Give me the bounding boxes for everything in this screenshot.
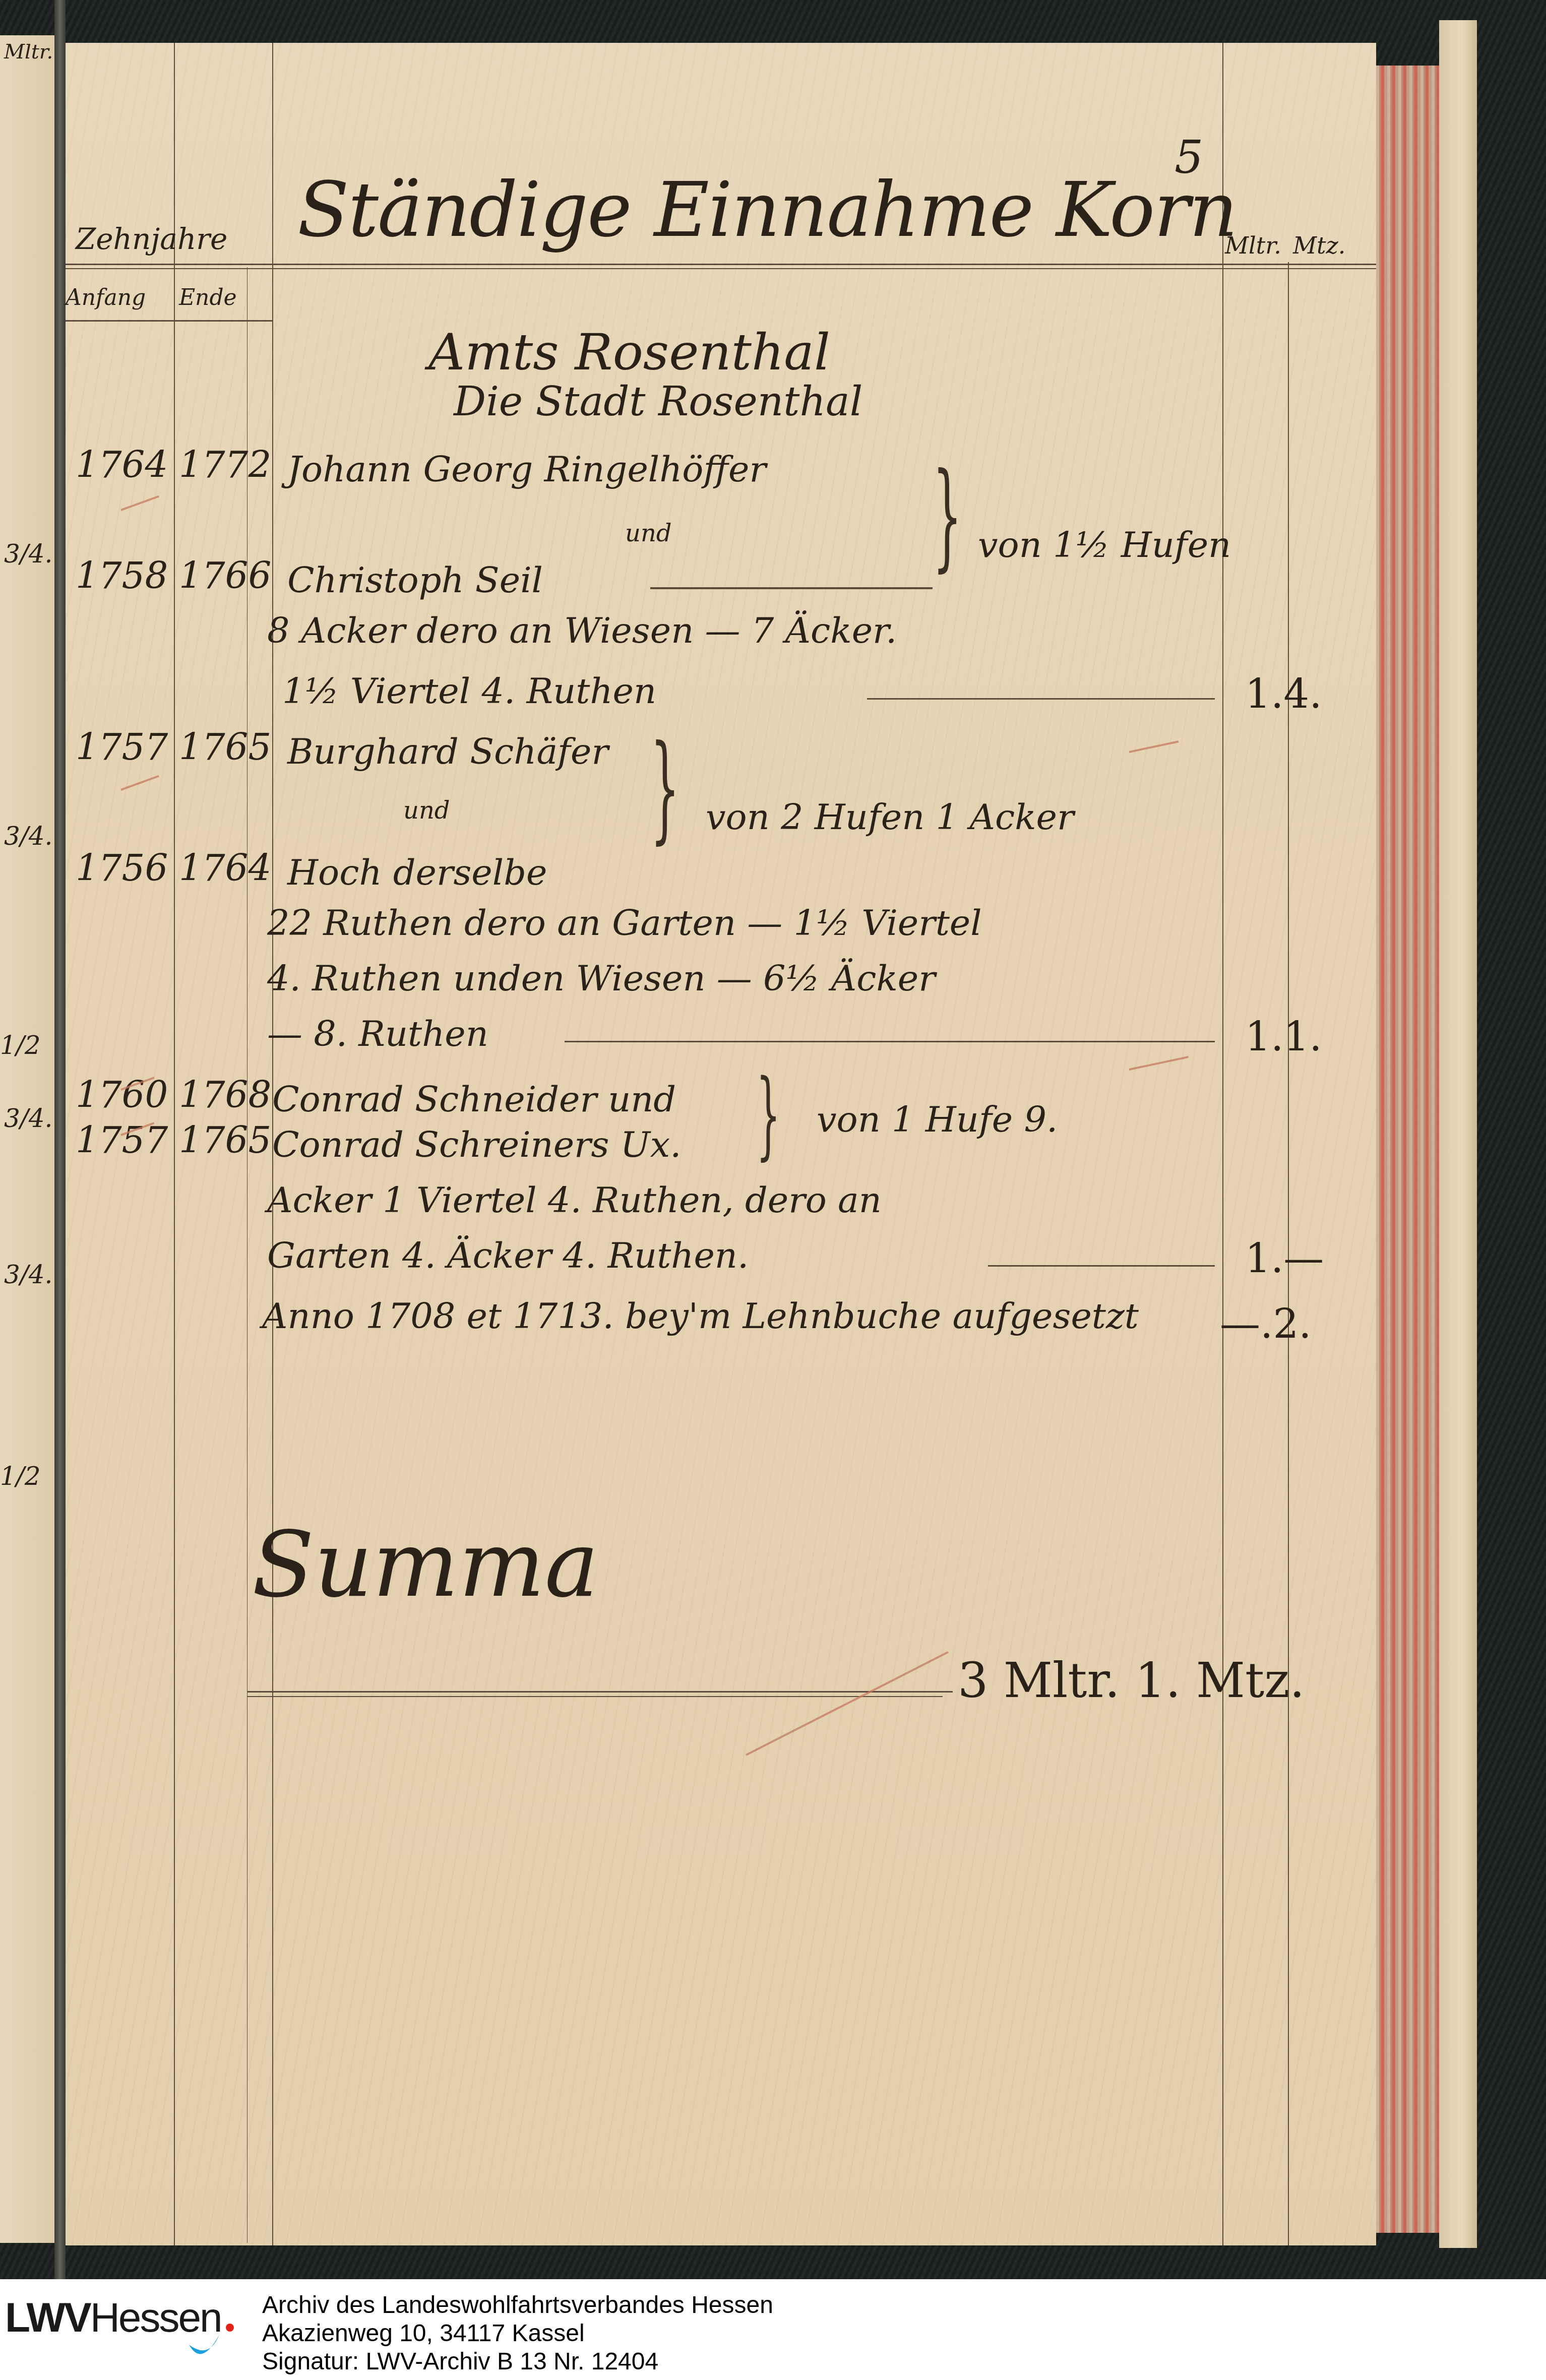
brace-icon: }: [756, 1058, 780, 1170]
lwv-hessen-logo: LWVHessen: [5, 2294, 247, 2370]
entry-text: Christoph Seil: [287, 559, 543, 601]
left-margin-fraction: 1/2: [0, 1031, 40, 1060]
entry-dash-line: [650, 587, 933, 589]
entry-dash-line: [565, 1041, 1215, 1042]
summa-label: Summa: [252, 1512, 599, 1617]
entry-end-year: 1772: [179, 444, 271, 486]
brace-icon: }: [650, 721, 680, 855]
entry-text: und: [403, 796, 450, 825]
entry-start-year: 1756: [76, 847, 168, 889]
entry-text: 22 Ruthen dero an Garten — 1½ Viertel: [267, 902, 982, 944]
subheader-rule: [66, 320, 272, 322]
entry-amount: 1.4.: [1245, 670, 1322, 717]
left-margin-fraction: 3/4.: [4, 1104, 52, 1133]
entry-amount: 1.1.: [1245, 1013, 1322, 1060]
entry-text: Anno 1708 et 1713. bey'm Lehnbuche aufge…: [262, 1295, 1139, 1337]
entry-end-year: 1766: [179, 554, 271, 597]
column-header-end: Ende: [179, 285, 237, 310]
entry-text: — 8. Ruthen: [267, 1013, 488, 1054]
book-gutter: [54, 0, 66, 2279]
archive-signature: Signatur: LWV-Archiv B 13 Nr. 12404: [262, 2348, 658, 2376]
entry-text: Acker 1 Viertel 4. Ruthen, dero an: [267, 1179, 882, 1221]
entry-start-year: 1757: [76, 1119, 168, 1161]
entry-text: Conrad Schneider und: [272, 1079, 676, 1120]
summa-rule: [247, 1696, 943, 1697]
archive-footer: LWVHessen Archiv des Landeswohlfahrtsver…: [0, 2279, 1546, 2380]
entry-text: und: [625, 519, 672, 547]
column-header-start: Anfang: [66, 285, 146, 310]
entry-start-year: 1760: [76, 1074, 168, 1116]
left-page-fragment: Mltr. Mtz. 3/4. 3/4. 1/2 3/4. 3/4. 1/2: [0, 35, 56, 2243]
entry-amount: 1.—: [1245, 1235, 1324, 1282]
ruling-line: [174, 43, 175, 2245]
logo-swoosh-icon: [187, 2330, 227, 2370]
entry-text: 1½ Viertel 4. Ruthen: [282, 670, 656, 712]
summa-total: 3 Mltr. 1. Mtz.: [958, 1653, 1305, 1709]
entry-dash-line: [867, 698, 1215, 700]
entry-start-year: 1758: [76, 554, 168, 597]
entry-end-year: 1768: [179, 1074, 271, 1116]
column-header-metzen: Mtz.: [1293, 232, 1345, 259]
archive-name: Archiv des Landeswohlfahrtsverbandes Hes…: [262, 2291, 773, 2320]
entry-text: Garten 4. Äcker 4. Ruthen.: [267, 1235, 749, 1276]
header-rule: [66, 264, 1376, 265]
ruling-line: [1222, 43, 1223, 2245]
brace-note: von 1 Hufe 9.: [817, 1099, 1058, 1140]
red-page-edges: [1376, 66, 1439, 2233]
page-title: Ständige Einnahme Korn: [297, 166, 1237, 254]
left-margin-fraction: 3/4.: [4, 1260, 52, 1289]
entry-text: 8 Acker dero an Wiesen — 7 Äcker.: [267, 610, 897, 651]
logo-red-dot-icon: [226, 2324, 234, 2332]
office-subtitle: Amts Rosenthal: [428, 323, 830, 382]
town-subtitle: Die Stadt Rosenthal: [454, 378, 862, 425]
entry-text: Johann Georg Ringelhöffer: [287, 449, 766, 490]
brace-icon: }: [933, 449, 962, 583]
brace-note: von 2 Hufen 1 Acker: [706, 796, 1074, 838]
entry-text: Conrad Schreiners Ux.: [272, 1124, 681, 1165]
entry-start-year: 1757: [76, 726, 168, 768]
entry-text: 4. Ruthen unden Wiesen — 6½ Äcker: [267, 958, 936, 999]
header-rule: [66, 268, 1376, 269]
entry-start-year: 1764: [76, 444, 168, 486]
vellum-binding-strip: [1439, 20, 1477, 2248]
left-margin-fraction: 3/4.: [4, 822, 52, 851]
archive-address: Akazienweg 10, 34117 Kassel: [262, 2320, 585, 2348]
folio-number: 5: [1174, 131, 1203, 184]
entry-amount: —.2.: [1220, 1300, 1312, 1347]
entry-dash-line: [988, 1265, 1215, 1267]
brace-note: von 1½ Hufen: [978, 524, 1231, 566]
column-header-malter: Mltr.: [1225, 232, 1281, 259]
entry-text: Hoch derselbe: [287, 852, 547, 893]
column-header-period: Zehnjahre: [76, 222, 227, 256]
entry-text: Burghard Schäfer: [287, 731, 608, 772]
entry-end-year: 1765: [179, 726, 271, 768]
left-margin-fraction: 1/2: [0, 1462, 40, 1491]
entry-end-year: 1765: [179, 1119, 271, 1161]
entry-end-year: 1764: [179, 847, 271, 889]
left-margin-fraction: 3/4.: [4, 539, 52, 569]
ruling-line: [174, 267, 175, 328]
summa-rule: [247, 1691, 953, 1693]
